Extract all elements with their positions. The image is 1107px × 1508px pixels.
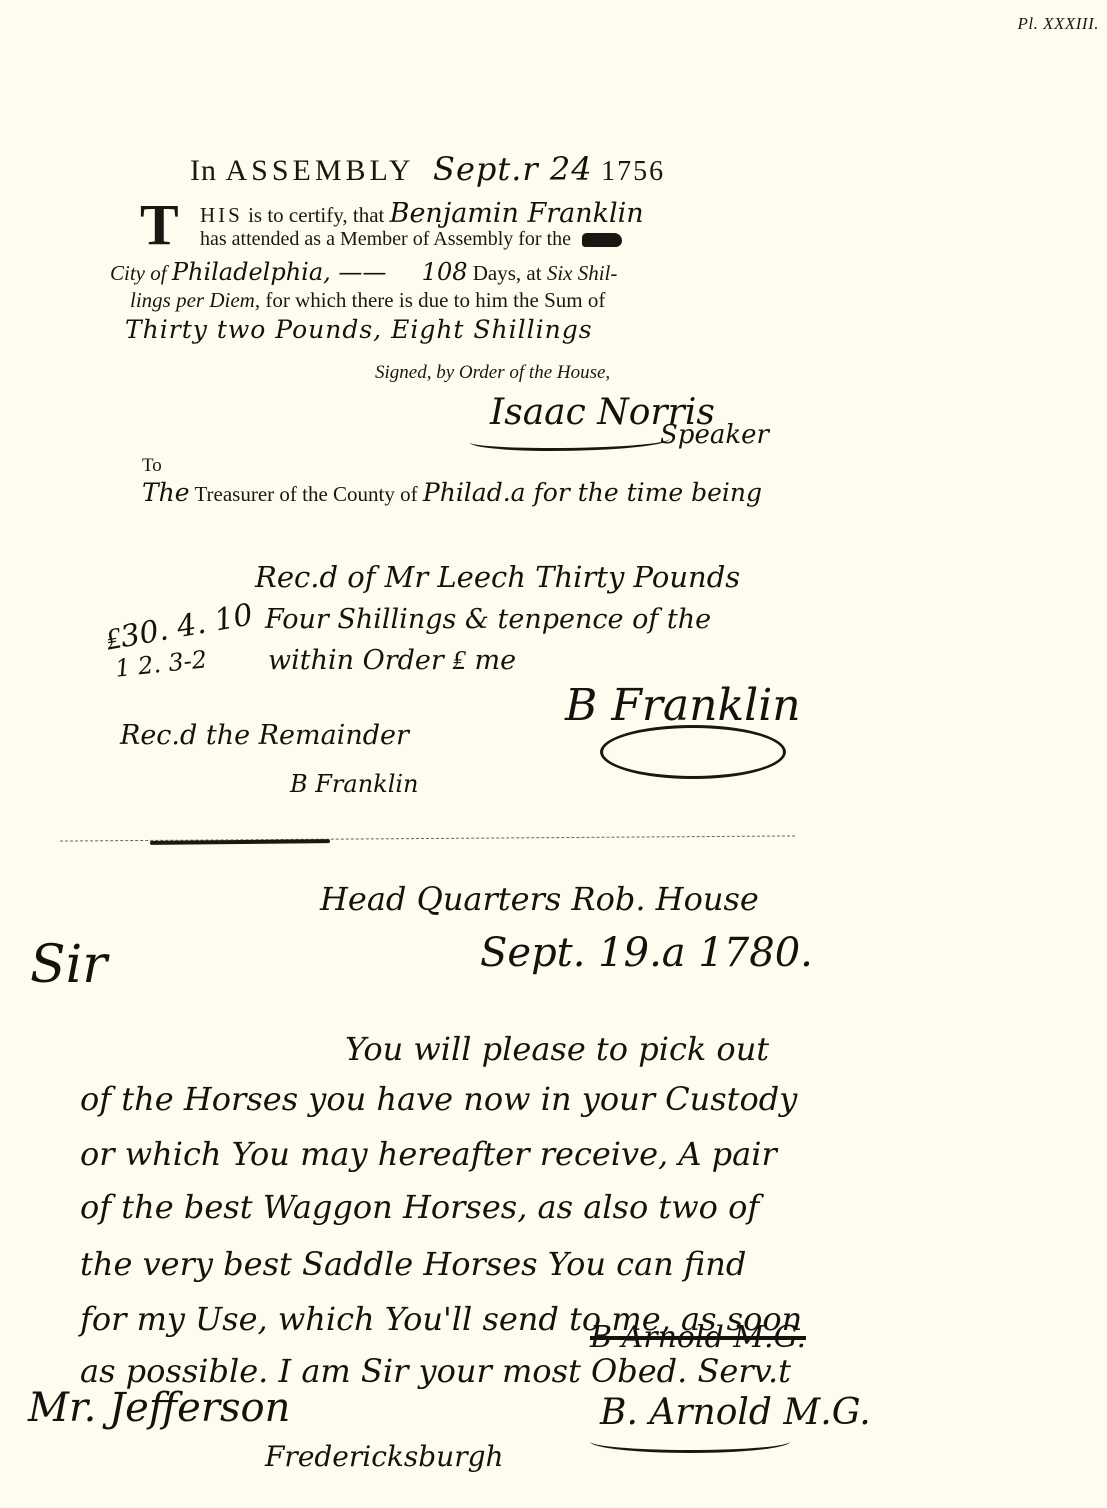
treasurer-suffix: Philad.a for the time being (423, 478, 762, 507)
heading-prefix: In (190, 154, 217, 187)
sum-due-label: for which there is due to him the Sum of (265, 288, 605, 312)
redaction-mark (582, 233, 622, 247)
certify-text: is to certify, that (248, 203, 384, 227)
attended-line: has attended as a Member of Assembly for… (200, 228, 622, 251)
certificate-heading: In ASSEMBLY Sept.r 24 1756 (190, 150, 665, 188)
treasurer-prefix: The (142, 478, 190, 507)
attended-text: has attended as a Member of Assembly for… (200, 228, 571, 250)
franklin-signature: B Franklin (565, 680, 801, 731)
certify-line: HIS is to certify, that Benjamin Frankli… (200, 198, 644, 229)
receipt-line-1: Rec.d of Mr Leech Thirty Pounds (255, 560, 740, 594)
signature-flourish (470, 430, 670, 451)
remainder-note: Rec.d the Remainder (120, 720, 409, 751)
drop-cap: T (140, 196, 179, 254)
days-label: Days, at (473, 261, 542, 285)
plate-number: Pl. XXXIII. (1018, 14, 1100, 34)
letter-heading-place: Head Quarters Rob. House (320, 880, 759, 918)
signed-by-order: Signed, by Order of the House, (375, 362, 610, 384)
treasurer-line: The Treasurer of the County of Philad.a … (142, 478, 762, 507)
days-handwritten: 108 (422, 258, 468, 286)
speaker-title: Speaker (660, 420, 769, 450)
section-divider-stroke (150, 839, 330, 845)
rate-label: Six Shil- (547, 261, 618, 285)
letter-line: You will please to pick out (345, 1030, 769, 1068)
letter-line: the very best Saddle Horses You can find (80, 1245, 746, 1283)
letter-heading-date: Sept. 19.a 1780. (480, 930, 813, 976)
sum-handwritten: Thirty two Pounds, Eight Shillings (125, 315, 593, 344)
year: 1756 (601, 156, 665, 187)
treasurer-text: Treasurer of the County of (194, 482, 417, 506)
letter-line: or which You may hereafter receive, A pa… (80, 1135, 777, 1173)
place-handwritten: Philadelphia, —— (172, 258, 387, 286)
letter-line: of the Horses you have now in your Custo… (80, 1080, 797, 1118)
franklin-signature-2: B Franklin (290, 770, 419, 798)
city-line: City of Philadelphia, —— 108 Days, at Si… (110, 258, 617, 286)
member-name: Benjamin Franklin (390, 198, 644, 229)
handwritten-date: Sept.r 24 (433, 150, 593, 188)
to-label: To (142, 455, 162, 477)
arnold-signature: B. Arnold M.G. (600, 1392, 871, 1433)
franklin-flourish (600, 725, 786, 779)
city-prefix: City of (110, 261, 167, 285)
letter-salutation: Sir (30, 935, 107, 995)
arnold-flourish (590, 1430, 790, 1453)
certify-caps: HIS (200, 203, 243, 227)
per-diem-line: lings per Diem, for which there is due t… (130, 288, 605, 313)
per-diem-label: lings per Diem, (130, 288, 260, 312)
letter-location: Fredericksburgh (265, 1440, 504, 1473)
heading-caps: ASSEMBLY (226, 154, 415, 187)
letter-addressee: Mr. Jefferson (28, 1385, 290, 1431)
struck-signature: B Arnold M.G. (590, 1320, 806, 1355)
letter-line: of the best Waggon Horses, as also two o… (80, 1188, 759, 1226)
receipt-line-2: Four Shillings & tenpence of the (265, 604, 711, 635)
receipt-line-3: within Order ₤ me (268, 645, 516, 676)
